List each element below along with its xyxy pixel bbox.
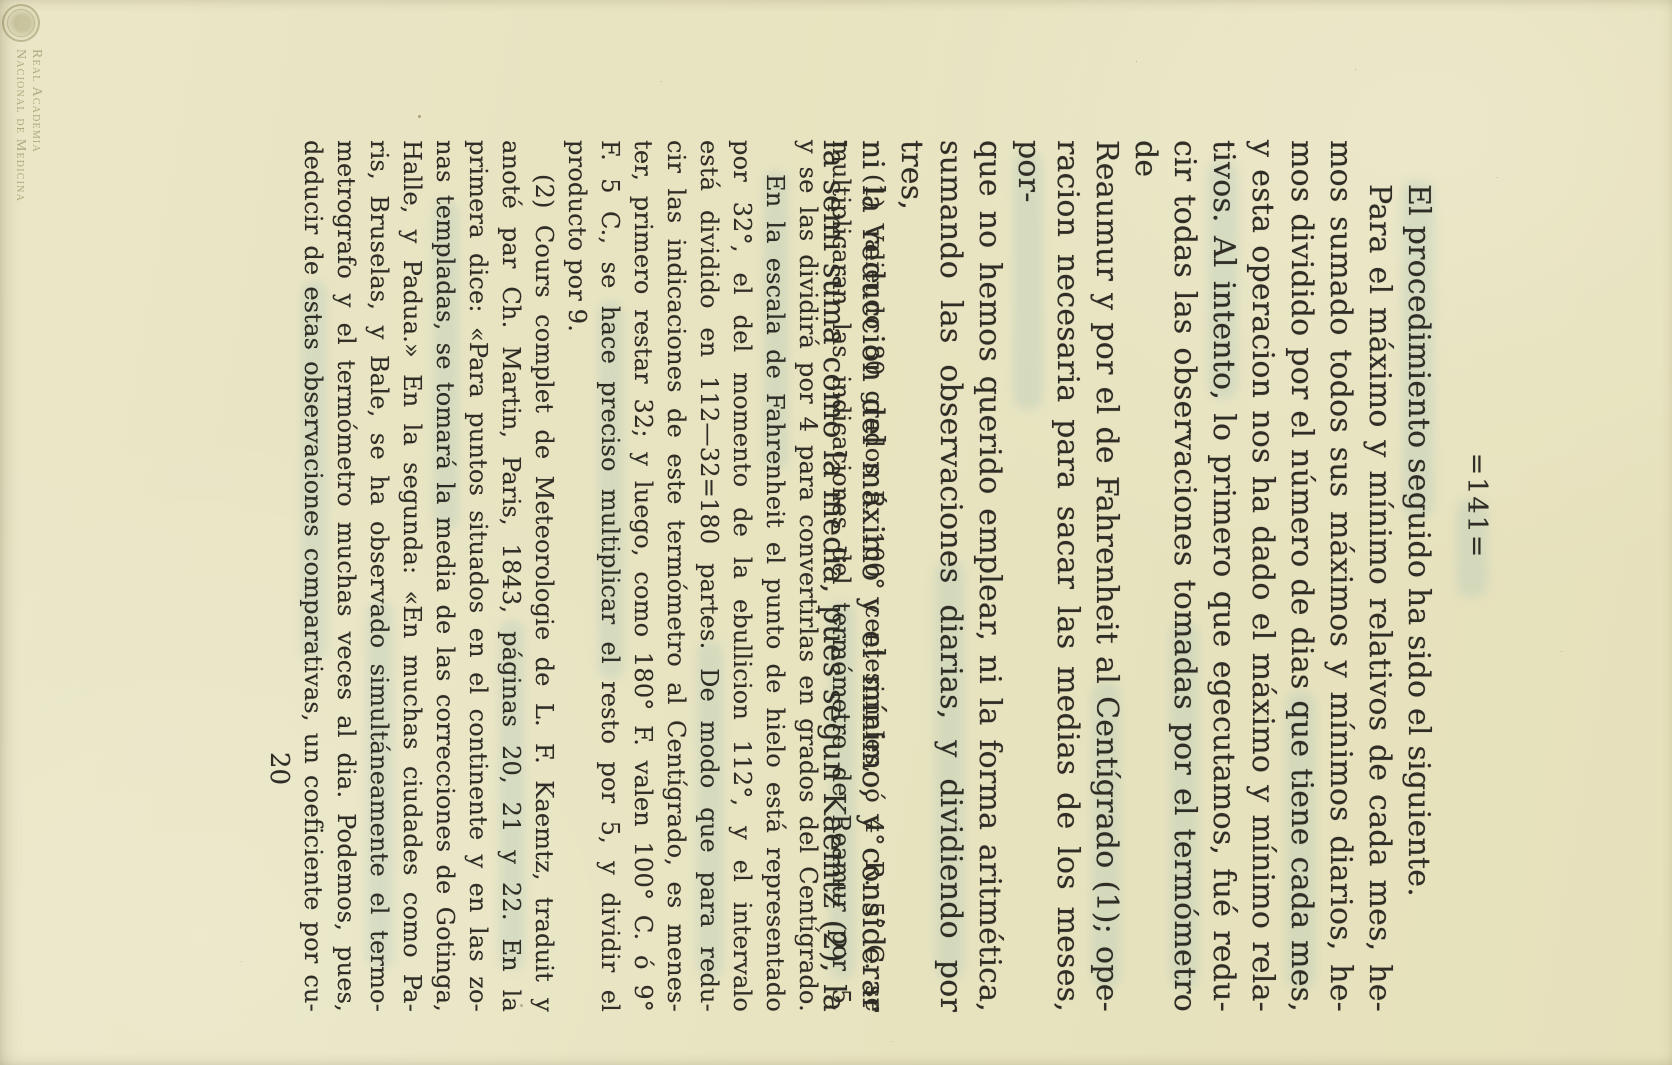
footnote-line: primera dice: «Para puntos situados en e… xyxy=(461,140,494,1012)
watermark-text: Real Academia Nacional de Medicina xyxy=(12,49,44,202)
footnote-line: ter, primero restar 32; y luego, como 18… xyxy=(626,140,659,1012)
footnote-line: ris, Bruselas, y Bale, se ha observado s… xyxy=(362,140,395,1012)
body-line: cir todas las observaciones tomadas por … xyxy=(1126,140,1204,1012)
footnote-line: cir las indicaciones de este termómetro … xyxy=(659,140,692,1012)
body-line: El procedimiento seguido ha sido el sigu… xyxy=(1399,140,1438,1012)
footnote-line: deducir de estas observaciones comparati… xyxy=(296,140,329,1012)
footnote-line: (1) Valiendo 80 grados R. 100° centesima… xyxy=(857,140,890,1012)
body-line: y esta operacion nos ha dado el máximo y… xyxy=(1243,140,1282,1012)
footnote-line: En la escala de Fahrenheit el punto de h… xyxy=(758,140,791,1012)
signature-mark: 20 xyxy=(264,752,294,785)
footnote-line: anoté par Ch. Martin, Paris, 1843, págin… xyxy=(494,140,527,1012)
scanned-book-page: =141= El procedimiento seguido ha sido e… xyxy=(0,0,1672,1065)
footnotes: (1) Valiendo 80 grados R. 100° centesima… xyxy=(296,140,890,1012)
page-number: =141= xyxy=(1461,70,1492,942)
footnote-line: nas templadas, se tomará la media de las… xyxy=(428,140,461,1012)
watermark-line1: Real Academia xyxy=(28,49,44,202)
footnote-line: metrografo y el termómetro muchas veces … xyxy=(329,140,362,1012)
body-text: El procedimiento seguido ha sido el sigu… xyxy=(814,140,1438,1012)
body-line: mos sumado todos sus máximos y mínimos d… xyxy=(1321,140,1360,1012)
footnote-line: por 32°, el del momento de la ebullicion… xyxy=(725,140,758,1012)
footnote-line: producto por 9. xyxy=(560,140,593,1012)
footnote-line: F. 5 C., se hace preciso multiplicar el … xyxy=(593,140,626,1012)
page-content: =141= El procedimiento seguido ha sido e… xyxy=(0,0,1672,1065)
body-line: que no hemos querido emplear, ni la form… xyxy=(970,140,1009,1012)
footnote-line: está dividido en 112—32=180 partes. De m… xyxy=(692,140,725,1012)
body-line: mos dividido por el número de dias que t… xyxy=(1282,140,1321,1012)
footnote-line: multiplicaran las indicaciones del termó… xyxy=(824,140,857,1012)
footnote-line: (2) Cours complet de Meteorologie de L. … xyxy=(527,140,560,1012)
watermark-line2: Nacional de Medicina xyxy=(12,49,28,202)
body-line: Reaumur y por el de Fahrenheit al Centíg… xyxy=(1087,140,1126,1012)
body-line: tivos. Al intento, lo primero que egecut… xyxy=(1204,140,1243,1012)
body-line: sumando las observaciones diarias, y div… xyxy=(892,140,970,1012)
body-line: racion necesaria para sacar las medias d… xyxy=(1009,140,1087,1012)
seal-icon xyxy=(2,4,40,42)
footnote-line: Halle, y Padua.» En la segunda: «En much… xyxy=(395,140,428,1012)
footnote-line: y se las dividirá por 4 para convertirla… xyxy=(791,140,824,1012)
body-line: Para el máximo y mínimo relativos de cad… xyxy=(1360,140,1399,1012)
library-watermark: Real Academia Nacional de Medicina xyxy=(0,3,52,263)
